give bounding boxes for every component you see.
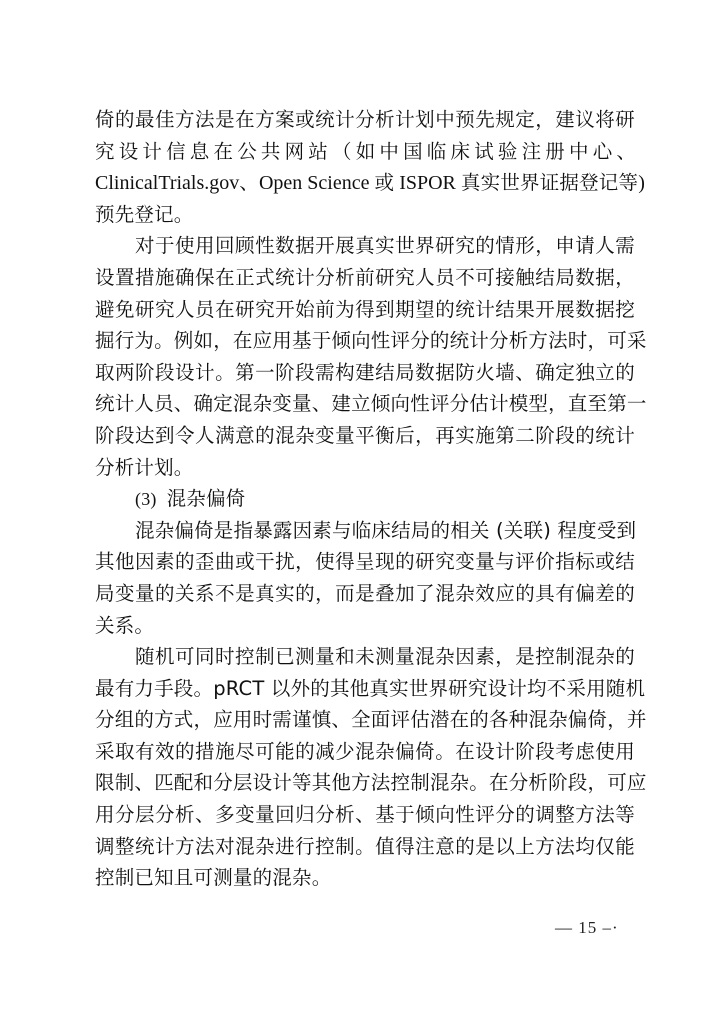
text-line: 究设计信息在公共网站（如中国临床试验注册中心、 [95,136,635,168]
section-number: (3) [135,489,157,509]
text-line: 控制已知且可测量的混杂。 [95,862,635,894]
text-line: 分组的方式，应用时需谨慎、全面评估潜在的各种混杂偏倚，并 [95,704,635,736]
text-line: 分析计划。 [95,452,635,484]
section-heading: (3)混杂偏倚 [95,483,635,515]
text-line-mixed: ClinicalTrials.gov、Open Science 或 ISPOR … [95,167,635,199]
latin-run: ClinicalTrials.gov [95,172,239,194]
page-number: — 15 –· [555,918,619,938]
latin-run: ) [638,172,645,194]
text-line: 避免研究人员在研究开始前为得到期望的统计结果开展数据挖 [95,294,635,326]
text-line: 调整统计方法对混杂进行控制。值得注意的是以上方法均仅能 [95,831,635,863]
text-line: 取两阶段设计。第一阶段需构建结局数据防火墙、确定独立的 [95,357,635,389]
body-text: 倚的最佳方法是在方案或统计分析计划中预先规定，建议将研 究设计信息在公共网站（如… [95,104,635,894]
latin-run: Open Science [259,172,375,194]
text-line: 局变量的关系不是真实的，而是叠加了混杂效应的具有偏差的 [95,578,635,610]
text-line: 限制、匹配和分层设计等其他方法控制混杂。在分析阶段，可应 [95,767,635,799]
text-line: 用分层分析、多变量回归分析、基于倾向性评分的调整方法等 [95,799,635,831]
section-title: 混杂偏倚 [167,487,246,510]
paragraph-start-line: 混杂偏倚是指暴露因素与临床结局的相关 (关联) 程度受到 [95,515,635,547]
cjk-run: 或 [375,171,395,194]
text-line: 预先登记。 [95,199,635,231]
text-line: 阶段达到令人满意的混杂变量平衡后，再实施第二阶段的统计 [95,420,635,452]
text-line: 掘行为。例如，在应用基于倾向性评分的统计分析方法时，可采 [95,325,635,357]
text-line: 设置措施确保在正式统计分析前研究人员不可接触结局数据， [95,262,635,294]
latin-run: ISPOR [394,172,461,194]
paragraph-start-line: 对于使用回顾性数据开展真实世界研究的情形，申请人需 [95,230,635,262]
cjk-run: 、 [239,171,259,194]
text-line: 倚的最佳方法是在方案或统计分析计划中预先规定，建议将研 [95,104,635,136]
cjk-run: 真实世界证据登记等 [461,171,638,194]
text-line: 其他因素的歪曲或干扰，使得呈现的研究变量与评价指标或结 [95,546,635,578]
text-line: 最有力手段。pRCT 以外的其他真实世界研究设计均不采用随机 [95,673,635,705]
text-line: 采取有效的措施尽可能的减少混杂偏倚。在设计阶段考虑使用 [95,736,635,768]
paragraph-start-line: 随机可同时控制已测量和未测量混杂因素，是控制混杂的 [95,641,635,673]
text-line: 统计人员、确定混杂变量、建立倾向性评分估计模型，直至第一 [95,388,635,420]
text-line: 关系。 [95,610,635,642]
document-page: 倚的最佳方法是在方案或统计分析计划中预先规定，建议将研 究设计信息在公共网站（如… [0,0,720,1018]
